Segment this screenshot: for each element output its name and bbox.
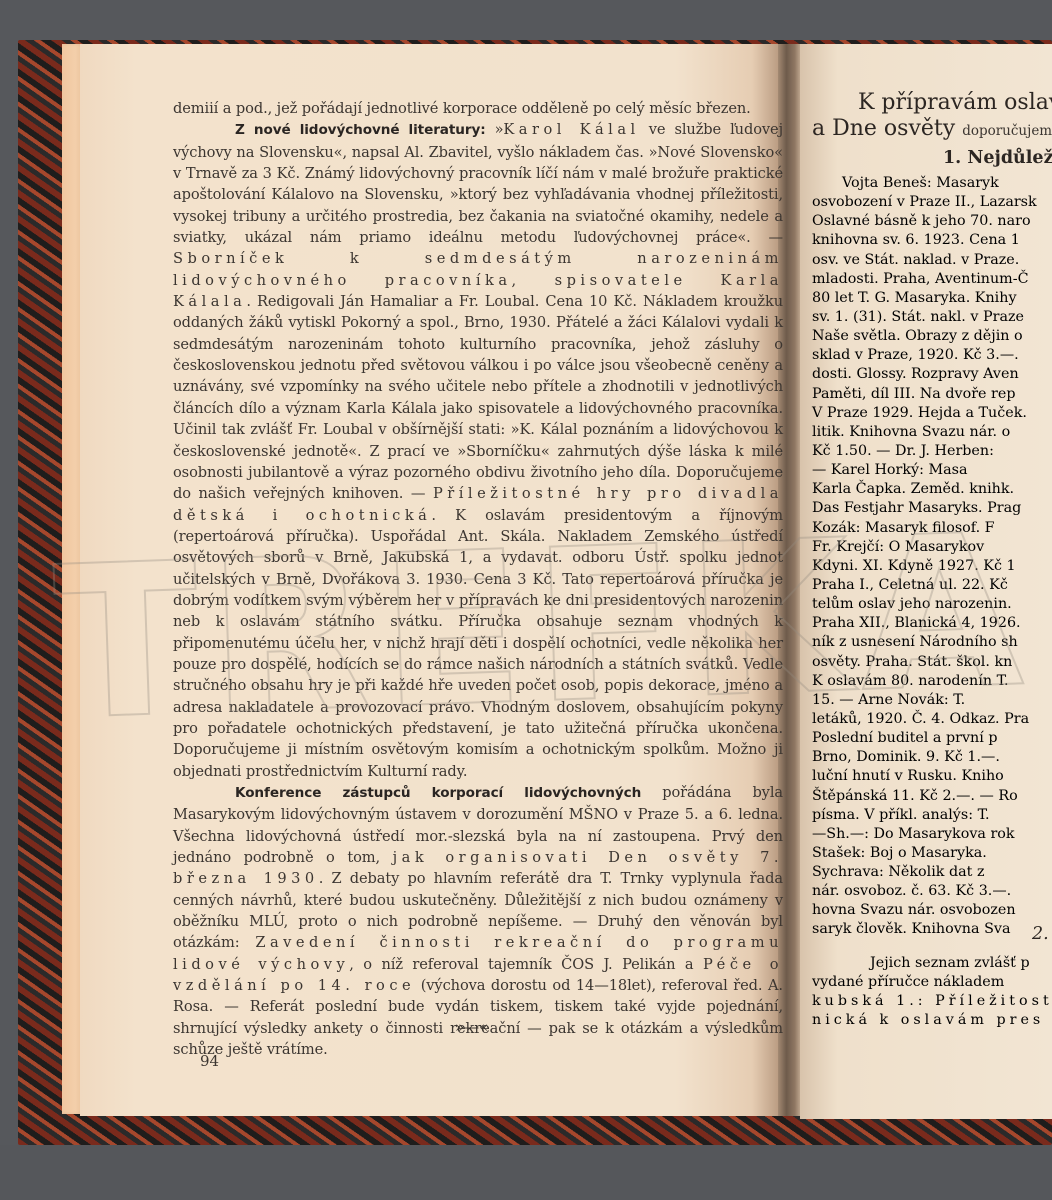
list-line: Kozák: Masaryk filosof. F [812,519,1037,538]
section-separator: »—« [455,1018,488,1036]
list-line: — Karel Horký: Masa [812,461,1037,480]
left-page-body: demiií a pod., jež pořádají jednotlivé k… [173,98,783,1060]
list-line: nár. osvoboz. č. 63. Kč 3.—. [812,882,1037,901]
list-line: K oslavám 80. narodenín T. [812,672,1037,691]
page-number: 94 [200,1052,219,1070]
text-segment: ve službe ľudovej výchovy na Slovensku«,… [173,121,783,246]
list-line: Praha XII., Blanická 4, 1926. [812,614,1037,633]
text-line: Jejich seznam zvlášť p [812,954,1052,973]
list-line: V Praze 1929. Hejda a Tuček. [812,404,1037,423]
section-heading: 1. Nejdůležit [943,148,1052,168]
list-line: hovna Svazu nár. osvobozen [812,901,1037,920]
list-line: Kč 1.50. — Dr. J. Herben: [812,442,1037,461]
section-heading-2: 2. V [1032,924,1052,944]
list-line: litik. Knihovna Svazu nár. o [812,423,1037,442]
list-line: knihovna sv. 6. 1923. Cena 1 [812,231,1037,250]
text-segment: . K oslavám presidentovým a říjnovým (re… [173,507,783,780]
list-line: luční hnutí v Rusku. Kniho [812,767,1037,786]
list-line: Štěpánská 11. Kč 2.—. — Ro [812,787,1037,806]
list-line: Stašek: Boj o Masaryka. [812,844,1037,863]
title-text: a Dne osvěty [812,116,955,141]
list-line: —Sh.—: Do Masarykova rok [812,825,1037,844]
list-line: osvobození v Praze II., Lazarsk [812,193,1037,212]
text-line: vydané příručce nákladem [812,973,1052,992]
paragraph-heading: Z nové lidovýchovné literatury: [235,122,486,138]
list-line: Praha I., Celetná ul. 22. Kč [812,576,1037,595]
list-line: Fr. Krejčí: O Masarykov [812,538,1037,557]
right-page: K přípravám oslav a Dne osvěty doporučuj… [800,44,1052,1119]
list-line: mladosti. Praha, Aventinum-Č [812,270,1037,289]
list-line: letáků, 1920. Č. 4. Odkaz. Pra [812,710,1037,729]
list-line: osv. ve Stát. naklad. v Praze. [812,251,1037,270]
paragraph-literature: Z nové lidovýchovné literatury: »Karol K… [173,119,783,782]
list-line: saryk člověk. Knihovna Sva [812,920,1037,939]
background-shadow [0,1145,1052,1200]
list-line: 15. — Arne Novák: T. [812,691,1037,710]
list-line: Paměti, díl III. Na dvoře rep [812,385,1037,404]
list-line: sv. 1. (31). Stát. nakl. v Praze [812,308,1037,327]
list-line: Karla Čapka. Zeměd. knihk. [812,480,1037,499]
list-line: dosti. Glossy. Rozpravy Aven [812,365,1037,384]
text-line: kubská 1.: Příležitostn [812,992,1052,1011]
list-line: ník z usnesení Národního sh [812,633,1037,652]
list-line: písma. V příkl. analýs: T. [812,806,1037,825]
right-page-title: K přípravám oslav [858,90,1052,115]
list-line: Poslední buditel a první p [812,729,1037,748]
list-line: Vojta Beneš: Masaryk [812,174,1037,193]
list-line: Kdyni. XI. Kdyně 1927. Kč 1 [812,557,1037,576]
title-subtext: doporučujem [962,123,1052,139]
list-line: Sychrava: Několik dat z [812,863,1037,882]
section-2-text: Jejich seznam zvlášť pvydané příručce ná… [812,954,1052,1031]
list-line: Naše světla. Obrazy z dějin o [812,327,1037,346]
paragraph-continuation: demiií a pod., jež pořádají jednotlivé k… [173,98,783,119]
text-line: nická k oslavám pres [812,1011,1052,1030]
list-line: Brno, Dominik. 9. Kč 1.—. [812,748,1037,767]
list-line: 80 let T. G. Masaryka. Knihy [812,289,1037,308]
list-line: telům oslav jeho narozenin. [812,595,1037,614]
list-line: osvěty. Praha. Stát. škol. kn [812,653,1037,672]
text-segment: . Redigovali Ján Hamaliar a Fr. Loubal. … [173,293,783,502]
list-line: sklad v Praze, 1920. Kč 3.—. [812,346,1037,365]
list-line: Oslavné básně k jeho 70. naro [812,212,1037,231]
text-segment: , o níž referoval tajemník ČOS J. Peliká… [349,956,703,973]
right-page-title-line2: a Dne osvěty doporučujem [812,116,1052,141]
text-segment: » [486,121,504,138]
spaced-title: Karol Kálal [503,121,639,138]
paragraph-heading: Konference zástupců korporací lidovýchov… [235,785,641,801]
section-list: Vojta Beneš: Masarykosvobození v Praze I… [812,174,1037,940]
list-line: Das Festjahr Masaryks. Prag [812,499,1037,518]
